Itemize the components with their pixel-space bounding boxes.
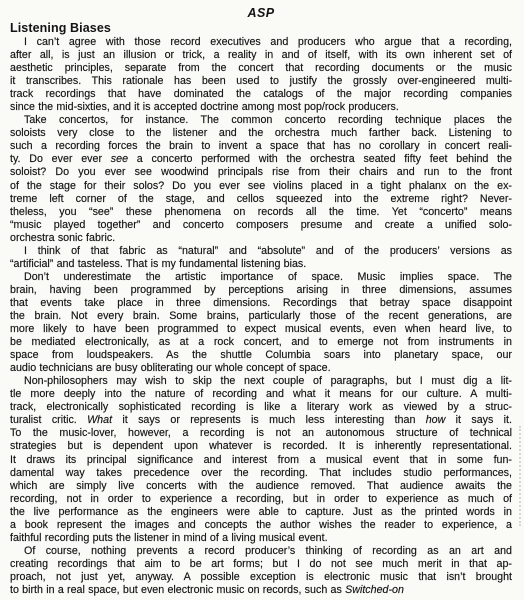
text-line: track recordings that have dominated the… — [10, 88, 512, 101]
scan-artifact — [519, 426, 521, 526]
text-line: of the stage for their solos? Do you eve… — [10, 180, 512, 193]
article-body: I can’t agree with those record executiv… — [10, 36, 512, 597]
text-line: Take concertos, for instance. The common… — [10, 114, 512, 127]
text-line: track, electronically sophisticated reco… — [10, 401, 512, 414]
text-line: brain, having been programmed by percept… — [10, 284, 512, 297]
text-line: more likely to have been programmed to e… — [10, 323, 512, 336]
text-line: after all, is just an illusion or trick,… — [10, 49, 512, 62]
text-line: proach, not just yet, anyway. A possible… — [10, 571, 512, 584]
text-line: I think of that fabric as “natural” and … — [10, 245, 512, 258]
running-head: ASP — [10, 6, 512, 20]
text-line: ty. Do ever ever see a concerto performe… — [10, 153, 512, 166]
text-line: turalist critic. What it says or represe… — [10, 414, 512, 427]
text-line: to birth in a real space, but even elect… — [10, 584, 512, 597]
text-line: It draws its principal significance and … — [10, 454, 512, 467]
magazine-page: ASP Listening Biases I can’t agree with … — [0, 0, 524, 600]
text-line: orchestra sonic fabric. — [10, 232, 512, 245]
text-line: “music played together” and concerto com… — [10, 219, 512, 232]
text-line: soloist? Do you ever see woodwind princi… — [10, 166, 512, 179]
text-line: faithful recording puts the listener in … — [10, 532, 512, 545]
text-line: strategies but is dependent upon whateve… — [10, 440, 512, 453]
text-line: a book represent the images and concepts… — [10, 519, 512, 532]
text-line: the live performance as the engineers we… — [10, 506, 512, 519]
text-line: space from loudspeakers. As the shuttle … — [10, 349, 512, 362]
text-line: To the music-lover, however, a recording… — [10, 427, 512, 440]
text-line: aesthetic principles, separate from the … — [10, 62, 512, 75]
text-line: theless, you “see” these phenomena on re… — [10, 206, 512, 219]
text-line: Don’t underestimate the artistic importa… — [10, 271, 512, 284]
text-line: “artificial” and tasteless. That is my f… — [10, 258, 512, 271]
text-line: treme left corner of the stage, and cell… — [10, 193, 512, 206]
text-line: it transcribes. This rationale has been … — [10, 75, 512, 88]
section-title: Listening Biases — [10, 21, 512, 36]
text-line: soloists very close to the listener and … — [10, 127, 512, 140]
text-line: which are simply live concerts with the … — [10, 480, 512, 493]
text-line: the brain. Not every brain. Some brains,… — [10, 310, 512, 323]
text-line: I can’t agree with those record executiv… — [10, 36, 512, 49]
text-line: recording, not in order to experience a … — [10, 493, 512, 506]
text-line: since the mid-sixties, and it is accepte… — [10, 101, 512, 114]
text-line: creating recordings that aim to be art f… — [10, 558, 512, 571]
text-line: audio technicians are busy obliterating … — [10, 362, 512, 375]
text-line: Of course, nothing prevents a record pro… — [10, 545, 512, 558]
text-line: Non-philosophers may wish to skip the ne… — [10, 375, 512, 388]
text-line: damental way takes precedence over the r… — [10, 467, 512, 480]
text-line: such a recording forces the brain to inv… — [10, 140, 512, 153]
text-line: be mediated electronically, as at a rock… — [10, 336, 512, 349]
text-line: tle more deeply into the nature of recor… — [10, 388, 512, 401]
text-line: that events take place in three dimensio… — [10, 297, 512, 310]
